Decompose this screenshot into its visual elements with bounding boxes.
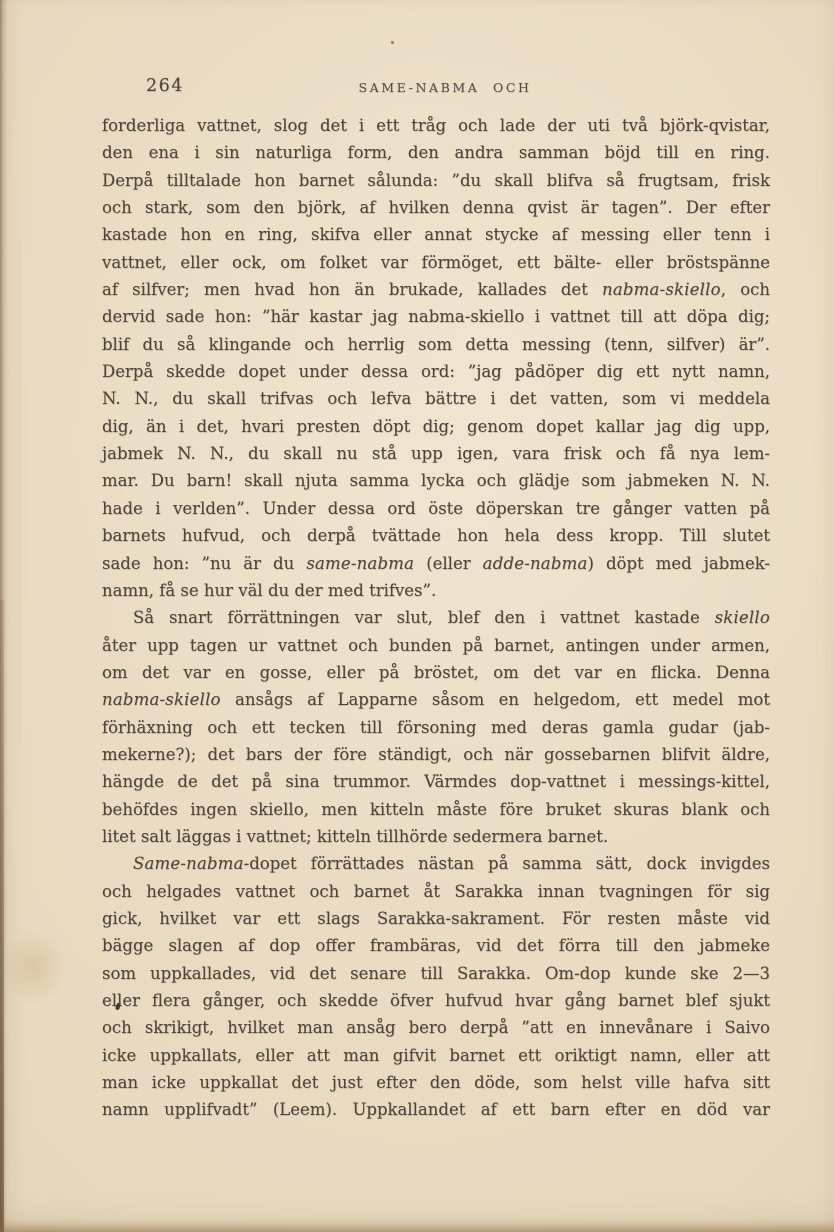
text-line: åter upp tagen ur vattnet och bunden på … [102,632,770,659]
text-line: den ena i sin naturliga form, den andra … [102,139,770,166]
text-line: bägge slagen af dop offer frambäras, vid… [102,932,770,959]
text-line: namn, få se hur väl du der med trifves”. [102,577,770,604]
running-header: SAME-NABMA OCH [111,80,779,95]
text-line: om det var en gosse, eller på bröstet, o… [102,659,770,686]
text-line: blif du så klingande och herrlig som det… [102,331,770,358]
text-line: forderliga vattnet, slog det i ett tråg … [102,112,770,139]
text-line: Så snart förrättningen var slut, blef de… [102,604,770,631]
text-block: forderliga vattnet, slog det i ett tråg … [102,112,770,1124]
text-line: Same-nabma-dopet förrättades nästan på s… [102,850,770,877]
text-line: och stark, som den björk, af hvilken den… [102,194,770,221]
text-line: hängde de det på sina trummor. Värmdes d… [102,768,770,795]
text-line: litet salt läggas i vattnet; kitteln til… [102,823,770,850]
text-line: eller flera gånger, och skedde öfver huf… [102,987,770,1014]
text-line: mekerne?); det bars der före ständigt, o… [102,741,770,768]
text-line: gick, hvilket var ett slags Sarakka-sakr… [102,905,770,932]
text-line: och skrikigt, hvilket man ansåg bero der… [102,1014,770,1041]
paper-stain [0,924,72,1010]
text-line: och helgades vattnet och barnet åt Sarak… [102,878,770,905]
text-line: nabma-skiello ansågs af Lapparne såsom e… [102,686,770,713]
text-line: behöfdes ingen skiello, men kitteln måst… [102,796,770,823]
book-page: 264 SAME-NABMA OCH forderliga vattnet, s… [0,0,834,1232]
text-line: Derpå skedde dopet under dessa ord: ”jag… [102,358,770,385]
text-line: kastade hon en ring, skifva eller annat … [102,221,770,248]
text-line: mar. Du barn! skall njuta samma lycka oc… [102,467,770,494]
ink-speck-top [391,41,394,44]
text-line: man icke uppkallat det just efter den dö… [102,1069,770,1096]
text-line: vattnet, eller ock, om folket var förmög… [102,249,770,276]
text-line: sade hon: ”nu är du same-nabma (eller ad… [102,550,770,577]
left-edge-shadow-dark [0,600,4,1232]
text-line: förhäxning och ett tecken till försoning… [102,714,770,741]
text-line: dervid sade hon: ”här kastar jag nabma-s… [102,303,770,330]
text-line: Derpå tilltalade hon barnet sålunda: ”du… [102,167,770,194]
text-line: af silfver; men hvad hon än brukade, kal… [102,276,770,303]
text-line: jabmek N. N., du skall nu stå upp igen, … [102,440,770,467]
text-line: dig, än i det, hvari presten döpt dig; g… [102,413,770,440]
text-line: icke uppkallats, eller att man gifvit ba… [102,1042,770,1069]
text-line: som uppkallades, vid det senare till Sar… [102,960,770,987]
bottom-edge-shadow [0,1219,834,1232]
text-line: barnets hufvud, och derpå tvättade hon h… [102,522,770,549]
text-line: hade i verlden”. Under dessa ord öste dö… [102,495,770,522]
page-header: 264 SAME-NABMA OCH [102,76,770,102]
text-line: namn upplifvadt” (Leem). Uppkallandet af… [102,1096,770,1123]
text-line: N. N., du skall trifvas och lefva bättre… [102,385,770,412]
